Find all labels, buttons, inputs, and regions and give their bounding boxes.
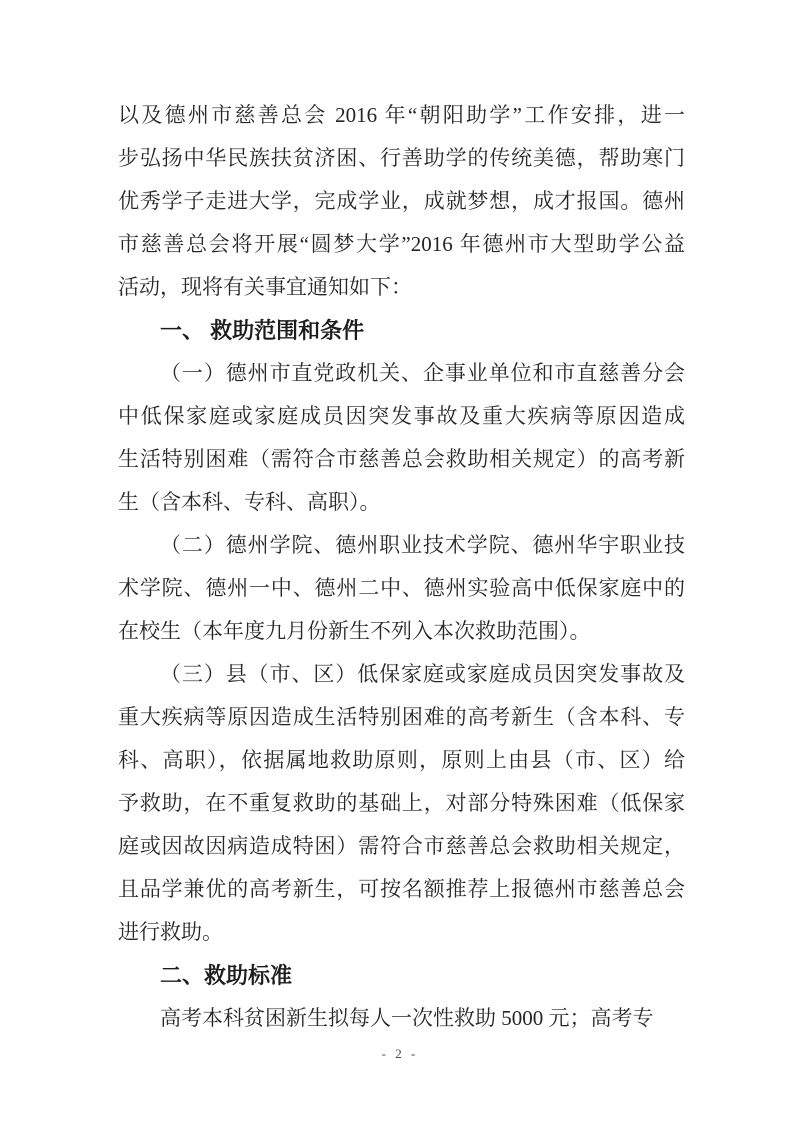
text-line: 生活特别困难（需符合市慈善总会救助相关规定）的高考新 <box>118 438 685 481</box>
section-2-heading: 二、救助标准 <box>118 954 685 997</box>
text-line: （一）德州市直党政机关、企事业单位和市直慈善分会 <box>118 352 685 395</box>
text-line: 生（含本科、专科、高职）。 <box>118 481 685 524</box>
section-1-heading: 一、 救助范围和条件 <box>118 309 685 352</box>
text-line: 中低保家庭或家庭成员因突发事故及重大疾病等原因造成 <box>118 395 685 438</box>
text-line: 予救助，在不重复救助的基础上，对部分特殊困难（低保家 <box>118 782 685 825</box>
text-line: 重大疾病等原因造成生活特别困难的高考新生（含本科、专 <box>118 696 685 739</box>
item-2-paragraph: （二）德州学院、德州职业技术学院、德州华宇职业技 术学院、德州一中、德州二中、德… <box>118 524 685 653</box>
text-line: 市慈善总会将开展“圆梦大学”2016 年德州市大型助学公益 <box>118 223 685 266</box>
text-line: 术学院、德州一中、德州二中、德州实验高中低保家庭中的 <box>118 567 685 610</box>
text-line: 活动，现将有关事宜通知如下： <box>118 266 685 309</box>
text-line: 且品学兼优的高考新生，可按名额推荐上报德州市慈善总会 <box>118 868 685 911</box>
text-line: 进行救助。 <box>118 911 685 954</box>
text-line: 优秀学子走进大学，完成学业，成就梦想，成才报国。德州 <box>118 180 685 223</box>
text-line: （三）县（市、区）低保家庭或家庭成员因突发事故及 <box>118 653 685 696</box>
item-1-paragraph: （一）德州市直党政机关、企事业单位和市直慈善分会 中低保家庭或家庭成员因突发事故… <box>118 352 685 524</box>
text-line: 科、高职），依据属地救助原则，原则上由县（市、区）给 <box>118 739 685 782</box>
text-line: 以及德州市慈善总会 2016 年“朝阳助学”工作安排，进一 <box>118 94 685 137</box>
standards-paragraph: 高考本科贫困新生拟每人一次性救助 5000 元；高考专 <box>118 997 685 1040</box>
text-line: 在校生（本年度九月份新生不列入本次救助范围）。 <box>118 610 685 653</box>
page-number: - 2 - <box>0 1042 800 1066</box>
document-page: 以及德州市慈善总会 2016 年“朝阳助学”工作安排，进一 步弘扬中华民族扶贫济… <box>0 0 800 1132</box>
text-line: 步弘扬中华民族扶贫济困、行善助学的传统美德，帮助寒门 <box>118 137 685 180</box>
text-line: 高考本科贫困新生拟每人一次性救助 5000 元；高考专 <box>118 997 685 1040</box>
item-3-paragraph: （三）县（市、区）低保家庭或家庭成员因突发事故及 重大疾病等原因造成生活特别困难… <box>118 653 685 954</box>
text-line: （二）德州学院、德州职业技术学院、德州华宇职业技 <box>118 524 685 567</box>
text-line: 庭或因故因病造成特困）需符合市慈善总会救助相关规定， <box>118 825 685 868</box>
intro-paragraph: 以及德州市慈善总会 2016 年“朝阳助学”工作安排，进一 步弘扬中华民族扶贫济… <box>118 94 685 309</box>
document-body: 以及德州市慈善总会 2016 年“朝阳助学”工作安排，进一 步弘扬中华民族扶贫济… <box>118 94 685 1040</box>
